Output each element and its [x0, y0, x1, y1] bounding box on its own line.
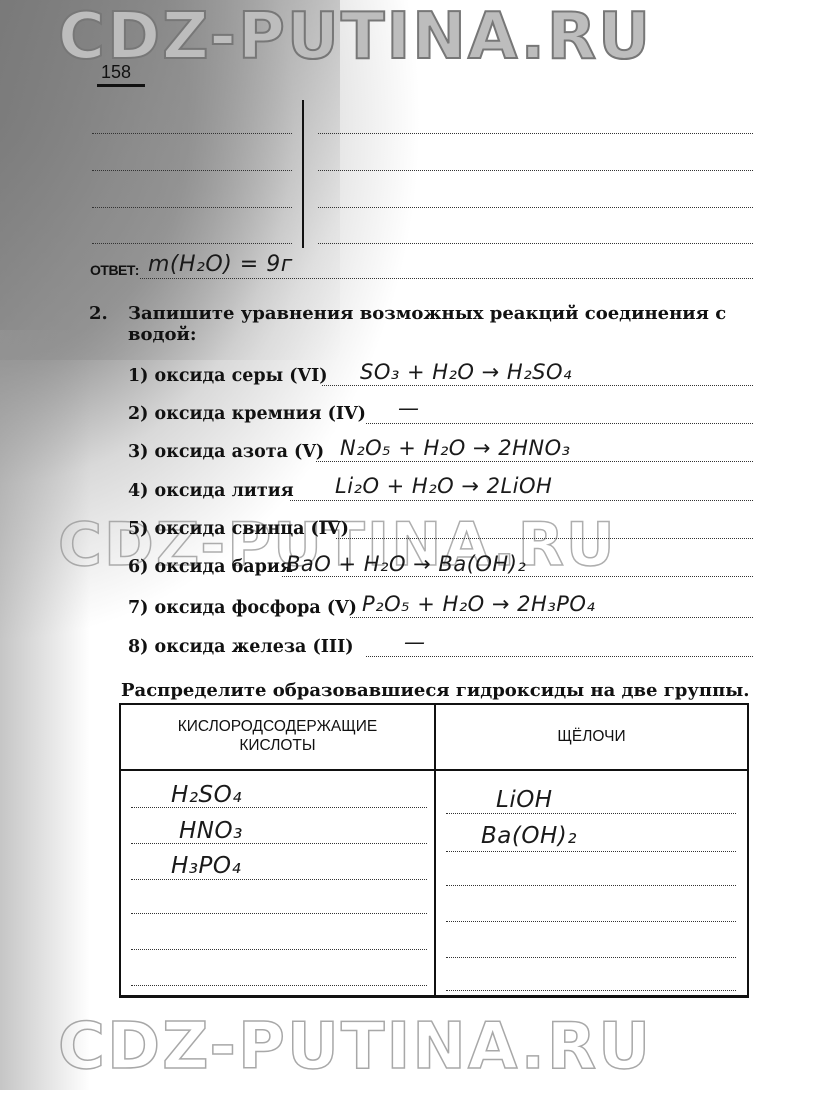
answer-line — [140, 278, 753, 279]
ruled-line — [318, 207, 753, 208]
hydroxide-table: КИСЛОРОДСОДЕРЖАЩИЕ КИСЛОТЫ ЩЁЛОЧИ H₂SO₄ … — [119, 703, 749, 998]
ruled-line — [131, 843, 427, 844]
handwritten-reaction-7: P₂O₅ + H₂O → 2H₃PO₄ — [362, 592, 595, 616]
answer-line — [366, 423, 753, 424]
ruled-line — [92, 133, 292, 134]
task-text: Запишите уравнения возможных реакций сое… — [128, 303, 758, 345]
reaction-label-8: 8) оксида железа (III) — [128, 637, 354, 657]
page-number-underline — [97, 84, 145, 87]
reaction-label-3: 3) оксида азота (V) — [128, 442, 324, 462]
ruled-line — [318, 243, 753, 244]
acid-1: H₂SO₄ — [171, 782, 242, 808]
vertical-divider — [302, 100, 304, 248]
header-acids-line1: КИСЛОРОДСОДЕРЖАЩИЕ — [121, 717, 434, 736]
answer-line — [350, 617, 753, 618]
handwritten-reaction-5: — — [318, 508, 340, 532]
task-number: 2. — [89, 303, 108, 324]
answer-line — [282, 576, 753, 577]
header-alkalis: ЩЁЛОЧИ — [436, 727, 747, 746]
column-divider — [434, 705, 436, 995]
ruled-line — [446, 990, 736, 991]
acid-2: HNO₃ — [179, 818, 243, 844]
ruled-line — [318, 133, 753, 134]
ruled-line — [446, 921, 736, 922]
answer-line — [366, 656, 753, 657]
handwritten-reaction-4: Li₂O + H₂O → 2LiOH — [335, 474, 552, 498]
answer-line — [290, 500, 753, 501]
ruled-line — [131, 879, 427, 880]
ruled-line — [131, 985, 427, 986]
header-acids: КИСЛОРОДСОДЕРЖАЩИЕ КИСЛОТЫ — [121, 717, 434, 755]
ruled-line — [92, 243, 292, 244]
handwritten-reaction-2: — — [398, 396, 420, 420]
ruled-line — [446, 813, 736, 814]
reaction-label-6: 6) оксида бария — [128, 557, 293, 577]
reaction-label-1: 1) оксида серы (VI) — [128, 366, 328, 386]
reaction-label-2: 2) оксида кремния (IV) — [128, 404, 366, 424]
ruled-line — [92, 207, 292, 208]
acid-3: H₃PO₄ — [171, 853, 241, 879]
ruled-line — [131, 949, 427, 950]
handwritten-reaction-3: N₂O₅ + H₂O → 2HNO₃ — [340, 436, 571, 460]
answer-line — [322, 385, 753, 386]
handwritten-reaction-8: — — [404, 630, 426, 654]
header-acids-line2: КИСЛОТЫ — [121, 736, 434, 755]
watermark-bottom: CDZ-PUTINA.RU — [58, 1010, 652, 1084]
reaction-label-7: 7) оксида фосфора (V) — [128, 598, 357, 618]
ruled-line — [318, 170, 753, 171]
reaction-label-4: 4) оксида лития — [128, 481, 294, 501]
handwritten-reaction-6: BaO + H₂O → Ba(OH)₂ — [286, 552, 526, 576]
ruled-line — [446, 885, 736, 886]
ruled-line — [131, 913, 427, 914]
answer-line — [336, 538, 753, 539]
watermark-top: CDZ-PUTINA.RU — [58, 0, 652, 74]
table-instruction: Распределите образовавшиеся гидроксиды н… — [121, 680, 750, 701]
ruled-line — [92, 170, 292, 171]
answer-line — [316, 461, 753, 462]
alkali-1: LiOH — [496, 787, 553, 813]
handwritten-answer: m(H₂O) = 9г — [148, 252, 293, 277]
alkali-2: Ba(OH)₂ — [481, 823, 577, 849]
ruled-line — [446, 851, 736, 852]
ruled-line — [446, 957, 736, 958]
scan-shadow-edge — [0, 330, 90, 1090]
answer-label: ОТВЕТ: — [90, 262, 139, 278]
handwritten-reaction-1: SO₃ + H₂O → H₂SO₄ — [360, 360, 572, 384]
page-number: 158 — [101, 62, 131, 83]
reaction-label-5: 5) оксида свинца (IV) — [128, 519, 349, 539]
